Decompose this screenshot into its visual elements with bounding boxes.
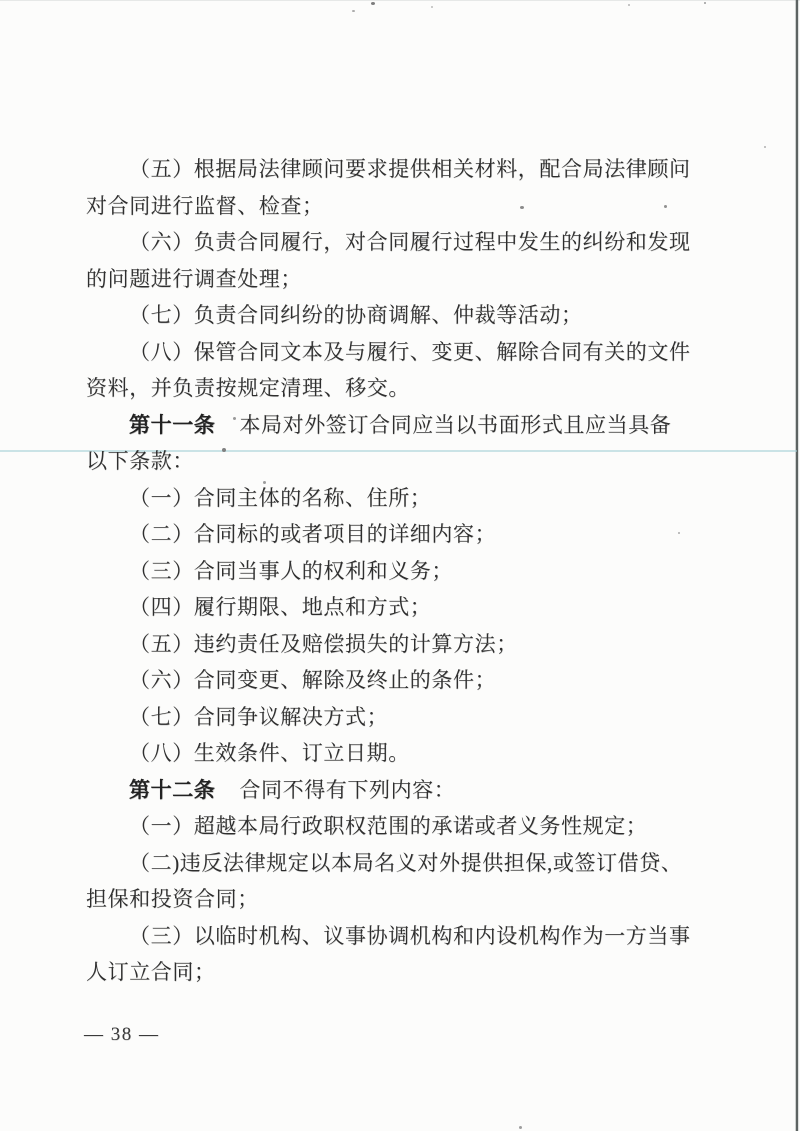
text-line: 对合同进行监督、检查；	[86, 188, 736, 225]
text-line: （一）超越本局行政职权范围的承诺或者义务性规定；	[86, 808, 736, 845]
text-line: （五）违约责任及赔偿损失的计算方法；	[86, 626, 736, 663]
scan-speck	[704, 2, 706, 4]
text-line: 资料，并负责按规定清理、移交。	[86, 370, 736, 407]
article-text: 合同不得有下列内容：	[239, 778, 455, 802]
scan-edge-line	[796, 0, 798, 1131]
scan-speck	[352, 10, 355, 12]
scan-top-edge	[0, 0, 800, 1]
text-line: （五）根据局法律顾问要求提供相关材料，配合局法律顾问	[86, 151, 736, 188]
scan-speck	[371, 2, 375, 5]
text-line: （二）合同标的或者项目的详细内容；	[86, 516, 736, 553]
text-line: （七）负责合同纠纷的协商调解、仲裁等活动；	[86, 297, 736, 334]
article-heading-line: 第十一条本局对外签订合同应当以书面形式且应当具备	[86, 407, 736, 444]
text-line: （八）生效条件、订立日期。	[86, 735, 736, 772]
article-text: 本局对外签订合同应当以书面形式且应当具备	[239, 413, 671, 437]
scan-speck	[628, 4, 630, 6]
document-body: （五）根据局法律顾问要求提供相关材料，配合局法律顾问 对合同进行监督、检查； （…	[86, 151, 736, 991]
text-line: （二)违反法律规定以本局名义对外提供担保,或签订借贷、	[86, 845, 736, 882]
text-line: 人订立合同；	[86, 954, 736, 991]
text-line: （六）负责合同履行，对合同履行过程中发生的纠纷和发现	[86, 224, 736, 261]
text-line: （一）合同主体的名称、住所；	[86, 480, 736, 517]
text-line: （三）合同当事人的权利和义务；	[86, 553, 736, 590]
text-line: 以下条款：	[86, 443, 736, 480]
text-line: （六）合同变更、解除及终止的条件；	[86, 662, 736, 699]
article-heading-line: 第十二条合同不得有下列内容：	[86, 772, 736, 809]
page-number: — 38 —	[84, 1024, 160, 1046]
text-line: 担保和投资合同；	[86, 881, 736, 918]
article-number: 第十一条	[129, 413, 215, 437]
scan-speck	[764, 146, 766, 148]
text-line: （三）以临时机构、议事协调机构和内设机构作为一方当事	[86, 918, 736, 955]
text-line: （八）保管合同文本及与履行、变更、解除合同有关的文件	[86, 334, 736, 371]
article-number: 第十二条	[129, 778, 215, 802]
scanned-document-page: （五）根据局法律顾问要求提供相关材料，配合局法律顾问 对合同进行监督、检查； （…	[0, 0, 800, 1131]
text-line: （七）合同争议解决方式；	[86, 699, 736, 736]
scan-speck	[519, 1126, 522, 1129]
text-line: （四）履行期限、地点和方式；	[86, 589, 736, 626]
text-line: 的问题进行调查处理；	[86, 261, 736, 298]
scan-speck	[431, 6, 433, 8]
